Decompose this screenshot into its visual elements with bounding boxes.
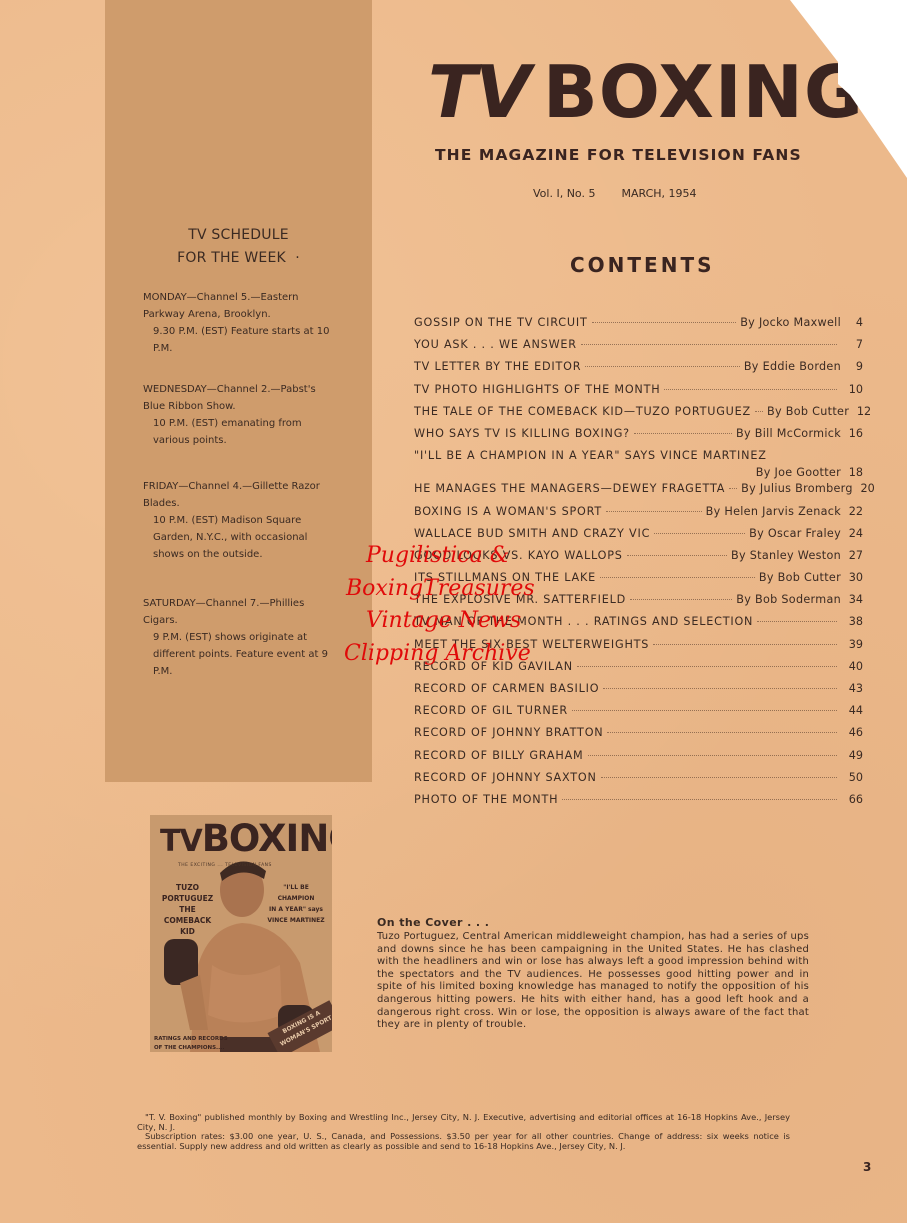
publisher-footer: "T. V. Boxing" published monthly by Boxi… (137, 1113, 790, 1151)
toc-entry-author: By Bob Soderman (736, 593, 841, 606)
cover-thumbnail: TVBOXING THE EXCITING ... TELEVISION FAN… (150, 815, 332, 1052)
magazine-page: TV SCHEDULE FOR THE WEEK · MONDAY—Channe… (0, 0, 907, 1223)
issue-info: Vol. I, No. 5MARCH, 1954 (533, 187, 697, 200)
toc-entry: ITS STILLMANS ON THE LAKEBy Bob Cutter30 (414, 571, 863, 593)
toc-entry: RECORD OF JOHNNY SAXTON50 (414, 771, 863, 793)
dot-leader (601, 777, 837, 778)
toc-entry: BOXING IS A WOMAN'S SPORTBy Helen Jarvis… (414, 505, 863, 527)
toc-entry-page: 49 (845, 749, 863, 762)
cover-note-body: Tuzo Portuguez, Central American middlew… (377, 931, 809, 1032)
toc-entry-author: By Oscar Fraley (749, 527, 841, 540)
toc-entry-author: By Bob Cutter (759, 571, 841, 584)
dot-leader (603, 688, 837, 689)
toc-entry-page: 27 (845, 549, 863, 562)
page-number: 3 (863, 1160, 871, 1174)
toc-entry-page: 22 (845, 505, 863, 518)
schedule-title: TV SCHEDULE FOR THE WEEK · (105, 224, 372, 270)
dot-leader (600, 577, 755, 578)
toc-entry-title: RECORD OF CARMEN BASILIO (414, 682, 599, 695)
cover-right-text: "I'LL BE CHAMPION IN A YEAR" says VINCE … (265, 882, 327, 926)
schedule-item-wednesday: WEDNESDAY—Channel 2.—Pabst's Blue Ribbon… (143, 381, 333, 449)
toc-entry-title: GOOD LOOKS VS. KAYO WALLOPS (414, 549, 623, 562)
toc-entry-title: RECORD OF GIL TURNER (414, 704, 568, 717)
toc-entry-page: 12 (853, 405, 871, 418)
toc-entry: MEET THE SIX BEST WELTERWEIGHTS39 (414, 638, 863, 660)
toc-entry-page: 24 (845, 527, 863, 540)
cover-note-heading: On the Cover . . . (377, 916, 809, 929)
dot-leader (653, 644, 837, 645)
toc-entry: TV LETTER BY THE EDITORBy Eddie Borden9 (414, 360, 863, 382)
toc-entry: GOSSIP ON THE TV CIRCUITBy Jocko Maxwell… (414, 316, 863, 338)
toc-entry-page: 39 (845, 638, 863, 651)
toc-entry: WHO SAYS TV IS KILLING BOXING?By Bill Mc… (414, 427, 863, 449)
toc-entry: RECORD OF GIL TURNER44 (414, 704, 863, 726)
dot-leader (581, 344, 837, 345)
dot-leader (592, 322, 737, 323)
toc-entry: THE TALE OF THE COMEBACK KID—TUZO PORTUG… (414, 405, 863, 427)
toc-entry-author: By Joe Gootter (756, 466, 841, 479)
cover-title: TVBOXING (160, 817, 332, 860)
toc-entry-title: THE EXPLOSIVE MR. SATTERFIELD (414, 593, 626, 606)
dot-leader (577, 666, 837, 667)
toc-entry-page: 30 (845, 571, 863, 584)
toc-entry-author: By Stanley Weston (731, 549, 841, 562)
cover-left-text: TUZO PORTUGUEZ THE COMEBACK KID (160, 882, 215, 937)
toc-entry-page: 66 (845, 793, 863, 806)
toc-entry: RECORD OF JOHNNY BRATTON46 (414, 726, 863, 748)
toc-entry-page: 38 (845, 615, 863, 628)
dot-leader (755, 411, 763, 412)
dot-leader (606, 511, 702, 512)
toc-entry-page: 46 (845, 726, 863, 739)
toc-entry: PHOTO OF THE MONTH66 (414, 793, 863, 815)
toc-entry-title: "I'LL BE A CHAMPION IN A YEAR" SAYS VINC… (414, 449, 767, 462)
toc-entry-author: By Eddie Borden (744, 360, 841, 373)
toc-entry: HE MANAGES THE MANAGERS—DEWEY FRAGETTABy… (414, 482, 863, 504)
toc-entry-author: By Julius Bromberg (741, 482, 853, 495)
toc-entry-title: WALLACE BUD SMITH AND CRAZY VIC (414, 527, 650, 540)
toc-entry-page: 4 (845, 316, 863, 329)
toc-entry-page: 40 (845, 660, 863, 673)
toc-entry-byline: By Joe Gootter18 (414, 466, 863, 482)
toc-entry-author: By Jocko Maxwell (740, 316, 841, 329)
dot-leader (585, 366, 739, 367)
toc-entry: THE EXPLOSIVE MR. SATTERFIELDBy Bob Sode… (414, 593, 863, 615)
toc-entry-title: YOU ASK . . . WE ANSWER (414, 338, 577, 351)
contents-heading: CONTENTS (570, 253, 715, 277)
toc-entry-page: 18 (845, 466, 863, 479)
dot-leader (607, 732, 837, 733)
toc-entry-author: By Helen Jarvis Zenack (706, 505, 841, 518)
toc-entry: WALLACE BUD SMITH AND CRAZY VICBy Oscar … (414, 527, 863, 549)
toc-entry-title: TV MAN OF THE MONTH . . . RATINGS AND SE… (414, 615, 753, 628)
toc-entry-title: RECORD OF JOHNNY BRATTON (414, 726, 603, 739)
toc-entry-author: By Bob Cutter (767, 405, 849, 418)
schedule-item-monday: MONDAY—Channel 5.—Eastern Parkway Arena,… (143, 289, 333, 357)
cover-bottom-text: RATINGS AND RECORDS OF THE CHAMPIONS.... (154, 1035, 234, 1052)
table-of-contents: GOSSIP ON THE TV CIRCUITBy Jocko Maxwell… (414, 316, 863, 815)
toc-entry-page: 44 (845, 704, 863, 717)
toc-entry-title: ITS STILLMANS ON THE LAKE (414, 571, 596, 584)
cover-note: On the Cover . . . Tuzo Portuguez, Centr… (377, 916, 809, 1032)
toc-entry-page: 34 (845, 593, 863, 606)
toc-entry-page: 16 (845, 427, 863, 440)
toc-entry-title: THE TALE OF THE COMEBACK KID—TUZO PORTUG… (414, 405, 751, 418)
toc-entry: TV PHOTO HIGHLIGHTS OF THE MONTH10 (414, 383, 863, 405)
toc-entry-title: WHO SAYS TV IS KILLING BOXING? (414, 427, 630, 440)
dot-leader (654, 533, 745, 534)
toc-entry: RECORD OF CARMEN BASILIO43 (414, 682, 863, 704)
toc-entry: RECORD OF KID GAVILAN40 (414, 660, 863, 682)
schedule-item-saturday: SATURDAY—Channel 7.—Phillies Cigars. 9 P… (143, 595, 333, 680)
magazine-title: TVBOXING (428, 52, 848, 132)
toc-entry-page: 10 (845, 383, 863, 396)
toc-entry-title: GOSSIP ON THE TV CIRCUIT (414, 316, 588, 329)
toc-entry-title: HE MANAGES THE MANAGERS—DEWEY FRAGETTA (414, 482, 725, 495)
toc-entry: TV MAN OF THE MONTH . . . RATINGS AND SE… (414, 615, 863, 637)
dot-leader (630, 599, 732, 600)
toc-entry-title: RECORD OF JOHNNY SAXTON (414, 771, 597, 784)
dot-leader (572, 710, 837, 711)
toc-entry-author: By Bill McCormick (736, 427, 841, 440)
toc-entry: YOU ASK . . . WE ANSWER7 (414, 338, 863, 360)
toc-entry-title: MEET THE SIX BEST WELTERWEIGHTS (414, 638, 649, 651)
schedule-item-friday: FRIDAY—Channel 4.—Gillette Razor Blades.… (143, 478, 333, 563)
dot-leader (588, 755, 837, 756)
toc-entry-page: 9 (845, 360, 863, 373)
toc-entry: GOOD LOOKS VS. KAYO WALLOPSBy Stanley We… (414, 549, 863, 571)
dot-leader (562, 799, 837, 800)
toc-entry-page: 43 (845, 682, 863, 695)
toc-entry: RECORD OF BILLY GRAHAM49 (414, 749, 863, 771)
toc-entry-title: TV PHOTO HIGHLIGHTS OF THE MONTH (414, 383, 660, 396)
toc-entry-title: RECORD OF KID GAVILAN (414, 660, 573, 673)
toc-entry-page: 50 (845, 771, 863, 784)
magazine-tagline: THE MAGAZINE FOR TELEVISION FANS (435, 146, 802, 164)
toc-entry-title: TV LETTER BY THE EDITOR (414, 360, 581, 373)
dot-leader (729, 488, 737, 489)
dot-leader (757, 621, 837, 622)
toc-entry-title: RECORD OF BILLY GRAHAM (414, 749, 584, 762)
dot-leader (634, 433, 732, 434)
toc-entry-title: PHOTO OF THE MONTH (414, 793, 558, 806)
dot-leader (627, 555, 727, 556)
dot-leader (664, 389, 837, 390)
volume-number: Vol. I, No. 5 (533, 187, 595, 200)
toc-entry-title: BOXING IS A WOMAN'S SPORT (414, 505, 602, 518)
toc-entry-page: 7 (845, 338, 863, 351)
toc-entry-page: 20 (857, 482, 875, 495)
issue-date: MARCH, 1954 (621, 187, 696, 200)
